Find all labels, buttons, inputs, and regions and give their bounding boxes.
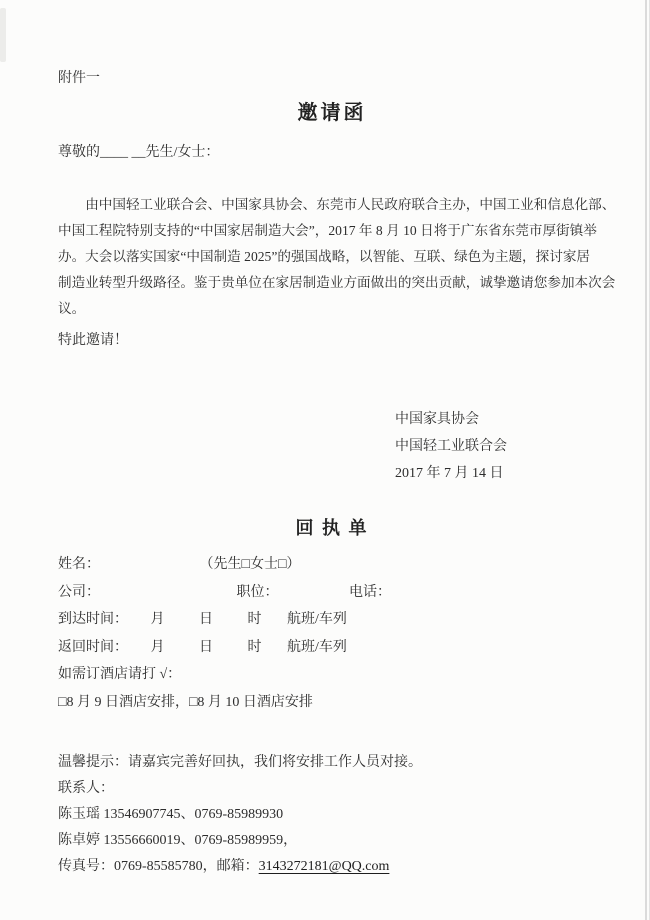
reminder-note: 温馨提示：请嘉宾完善好回执，我们将安排工作人员对接。 — [58, 750, 606, 776]
contacts-label: 联系人： — [58, 776, 606, 802]
position-label: 职位： — [237, 579, 346, 607]
invitation-title: 邀请函 — [58, 98, 606, 128]
body-paragraph: 由中国轻工业联合会、中国家具协会、东莞市人民政府联合主办，中国工业和信息化部、 … — [58, 192, 606, 322]
contact-person-1: 陈玉瑶 13546907745、0769-85989930 — [58, 802, 606, 828]
hotel-instruction-line: 如需订酒店请打 √： — [58, 661, 606, 689]
month-label: 月 — [151, 606, 196, 634]
scan-smudge-artifact — [0, 8, 6, 62]
body-line: 制造业转型升级路径。鉴于贵单位在家居制造业方面做出的突出贡献，诚挚邀请您参加本次… — [58, 270, 606, 296]
signature-block: 中国家具协会 中国轻工业联合会 2017 年 7 月 14 日 — [395, 406, 606, 487]
phone-label: 电话： — [349, 585, 391, 600]
form-row-return: 返回时间： 月 日 时 航班/车列 — [58, 634, 606, 662]
attachment-label: 附件一 — [58, 66, 606, 92]
reply-form-title: 回 执 单 — [58, 515, 606, 541]
month-label: 月 — [151, 634, 196, 662]
fax-email-line: 传真号：0769-85585780，邮箱：3143272181@QQ.com — [58, 854, 606, 880]
scanned-invitation-page: 附件一 邀请函 尊敬的____ __先生/女士： 由中国轻工业联合会、中国家具协… — [0, 0, 650, 920]
reply-form: 姓名： （先生□女士□） 公司： 职位： 电话： 到达时间： 月 日 时 航班/… — [58, 551, 606, 716]
footer-section: 温馨提示：请嘉宾完善好回执，我们将安排工作人员对接。 联系人： 陈玉瑶 1354… — [58, 750, 606, 880]
name-label: 姓名： — [58, 551, 196, 579]
signature-date: 2017 年 7 月 14 日 — [395, 460, 606, 487]
hour-label: 时 — [248, 634, 284, 662]
form-row-arrival: 到达时间： 月 日 时 航班/车列 — [58, 606, 606, 634]
body-line: 议。 — [58, 296, 606, 322]
company-label: 公司： — [58, 579, 233, 607]
hour-label: 时 — [248, 606, 284, 634]
form-row-company: 公司： 职位： 电话： — [58, 579, 606, 607]
salutation-line: 尊敬的____ __先生/女士： — [58, 140, 606, 166]
fax-email-prefix: 传真号：0769-85585780，邮箱： — [58, 859, 259, 874]
signature-org-light-industry: 中国轻工业联合会 — [395, 433, 606, 460]
document-content: 附件一 邀请函 尊敬的____ __先生/女士： 由中国轻工业联合会、中国家具协… — [0, 0, 650, 880]
body-line: 中国工程院特别支持的“中国家居制造大会”，2017 年 8 月 10 日将于广东… — [58, 218, 606, 244]
gender-checkboxes: （先生□女士□） — [200, 557, 301, 572]
flight-train-label: 航班/车列 — [287, 612, 347, 627]
body-line: 办。大会以落实国家“中国制造 2025”的强国战略，以智能、互联、绿色为主题，探… — [58, 244, 606, 270]
signature-org-furniture: 中国家具协会 — [395, 406, 606, 433]
hotel-options-line: □8 月 9 日酒店安排，□8 月 10 日酒店安排 — [58, 689, 606, 717]
return-time-label: 返回时间： — [58, 634, 147, 662]
closing-line: 特此邀请！ — [58, 328, 606, 354]
email-address: 3143272181@QQ.com — [259, 859, 390, 874]
day-label: 日 — [199, 634, 244, 662]
scan-edge-artifact — [645, 0, 647, 920]
arrival-time-label: 到达时间： — [58, 606, 147, 634]
body-line: 由中国轻工业联合会、中国家具协会、东莞市人民政府联合主办，中国工业和信息化部、 — [58, 192, 606, 218]
day-label: 日 — [199, 606, 244, 634]
contact-person-2: 陈卓婷 13556660019、0769-85989959， — [58, 828, 606, 854]
form-row-name: 姓名： （先生□女士□） — [58, 551, 606, 579]
flight-train-label: 航班/车列 — [287, 640, 347, 655]
